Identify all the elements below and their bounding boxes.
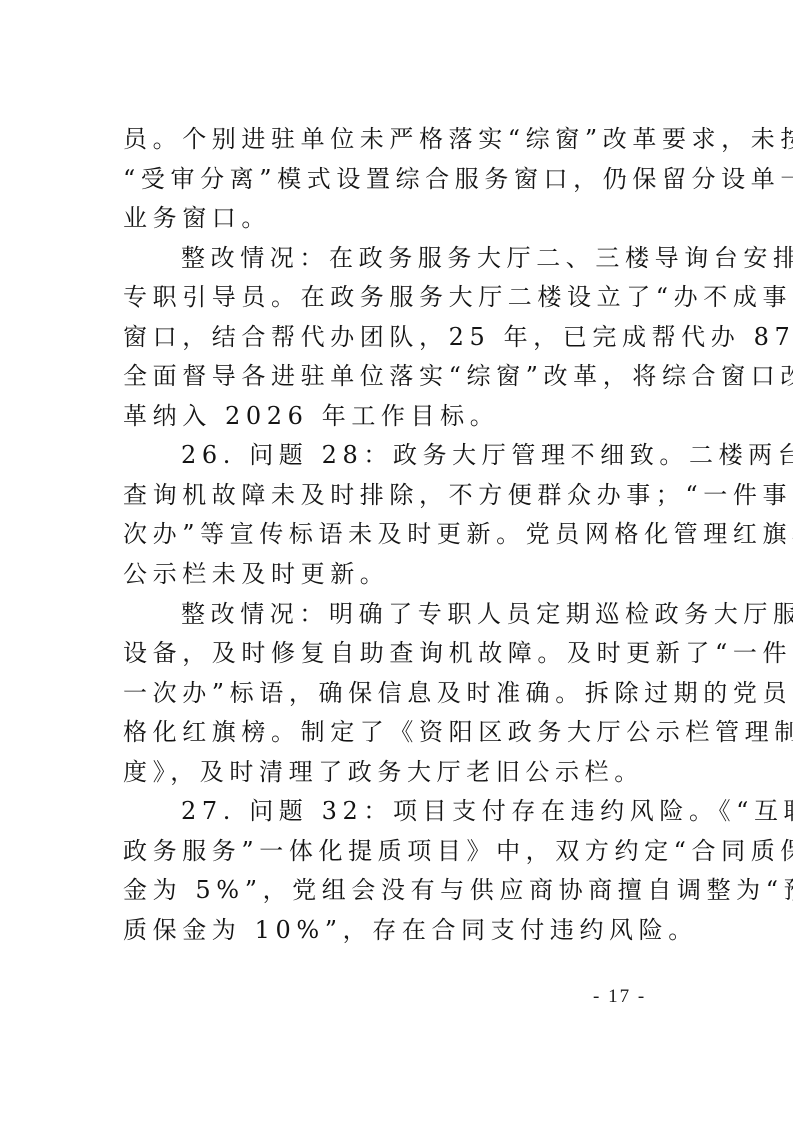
text-line: 查询机故障未及时排除，不方便群众办事；“一件事一 bbox=[123, 476, 663, 516]
text-line: “受审分离”模式设置综合服务窗口，仍保留分设单一 bbox=[123, 160, 663, 200]
text-line: 27. 问题 32：项目支付存在违约风险。《“互联网+ bbox=[123, 792, 663, 832]
text-line: 窗口，结合帮代办团队，25 年，已完成帮代办 87 件。 bbox=[123, 318, 663, 358]
text-line: 专职引导员。在政务服务大厅二楼设立了“办不成事” bbox=[123, 278, 663, 318]
text-line: 度》，及时清理了政务大厅老旧公示栏。 bbox=[123, 753, 663, 793]
page-number: - 17 - bbox=[593, 986, 646, 1008]
text-line: 整改情况：在政务服务大厅二、三楼导询台安排了 bbox=[123, 239, 663, 279]
text-line: 公示栏未及时更新。 bbox=[123, 555, 663, 595]
text-line: 次办”等宣传标语未及时更新。党员网格化管理红旗榜 bbox=[123, 515, 663, 555]
text-line: 26. 问题 28：政务大厅管理不细致。二楼两台自助 bbox=[123, 436, 663, 476]
text-line: 格化红旗榜。制定了《资阳区政务大厅公示栏管理制 bbox=[123, 713, 663, 753]
body-text: 员。个别进驻单位未严格落实“综窗”改革要求，未按 “受审分离”模式设置综合服务窗… bbox=[123, 120, 663, 950]
text-line: 全面督导各进驻单位落实“综窗”改革，将综合窗口改 bbox=[123, 357, 663, 397]
text-line: 金为 5%”，党组会没有与供应商协商擅自调整为“预留 bbox=[123, 871, 663, 911]
text-line: 整改情况：明确了专职人员定期巡检政务大厅服务 bbox=[123, 595, 663, 635]
text-line: 一次办”标语，确保信息及时准确。拆除过期的党员网 bbox=[123, 674, 663, 714]
text-line: 革纳入 2026 年工作目标。 bbox=[123, 397, 663, 437]
text-line: 质保金为 10%”，存在合同支付违约风险。 bbox=[123, 911, 663, 951]
document-page: 员。个别进驻单位未严格落实“综窗”改革要求，未按 “受审分离”模式设置综合服务窗… bbox=[0, 0, 793, 1122]
text-line: 业务窗口。 bbox=[123, 199, 663, 239]
text-line: 设备，及时修复自助查询机故障。及时更新了“一件事 bbox=[123, 634, 663, 674]
text-line: 员。个别进驻单位未严格落实“综窗”改革要求，未按 bbox=[123, 120, 663, 160]
text-line: 政务服务”一体化提质项目》中，双方约定“合同质保 bbox=[123, 832, 663, 872]
